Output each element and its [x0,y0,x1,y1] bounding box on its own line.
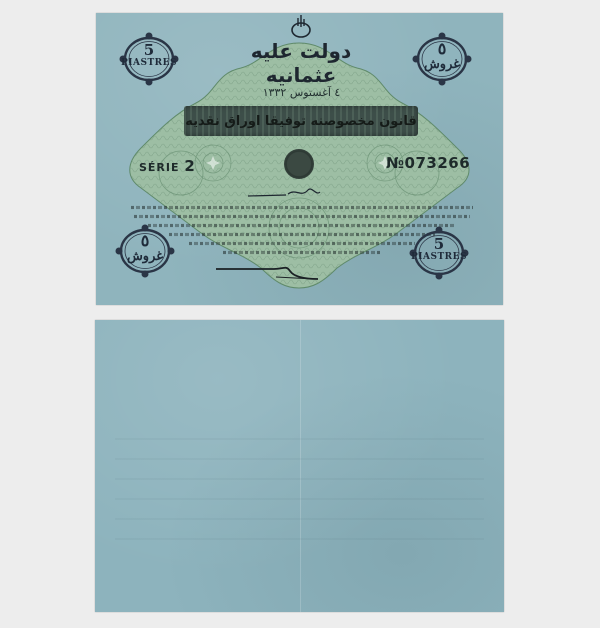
serie-text: SÉRIE [139,161,180,174]
denomination-word-arabic: غروش [411,57,473,72]
law-text: قانون مخصوصنه توفيقا اوراق نقديه [184,106,418,136]
signature-top [246,185,336,199]
medallion-bottom-left-arabic: ٥ غروش [114,223,176,279]
serial-number: №073266 [386,154,470,172]
denomination-number-arabic: ٥ [411,39,473,58]
denomination-number: 5 [408,235,470,253]
banknote-back [95,320,504,612]
serie-number: 2 [184,157,194,175]
tughra-emblem [289,13,313,39]
issue-date: ٤ آغستوس ١٣٣٢ [214,86,389,99]
seal-emblem [284,149,314,179]
serial-digits: 073266 [405,154,471,172]
issuer-title: دولت عليه عثمانيه [216,39,386,87]
medallion-top-right-arabic: ٥ غروش [411,31,473,87]
denomination-number-arabic: ٥ [114,231,176,250]
faint-show-through [115,420,484,540]
denomination-number: 5 [118,41,180,59]
denomination-word: PIASTRES [408,252,470,262]
serial-prefix: № [386,154,405,172]
law-text-band: قانون مخصوصنه توفيقا اوراق نقديه [184,106,418,136]
denomination-word-arabic: غروش [114,249,176,264]
serie-label: SÉRIE 2 [139,157,195,175]
medallion-bottom-right-latin: 5 PIASTRES [408,225,470,281]
signature-bottom [214,263,324,283]
banknote-front: دولت عليه عثمانيه ٤ آغستوس ١٣٣٢ قانون مخ… [96,13,503,305]
medallion-top-left-latin: 5 PIASTRES [118,31,180,87]
denomination-word: PIASTRES [118,58,180,68]
